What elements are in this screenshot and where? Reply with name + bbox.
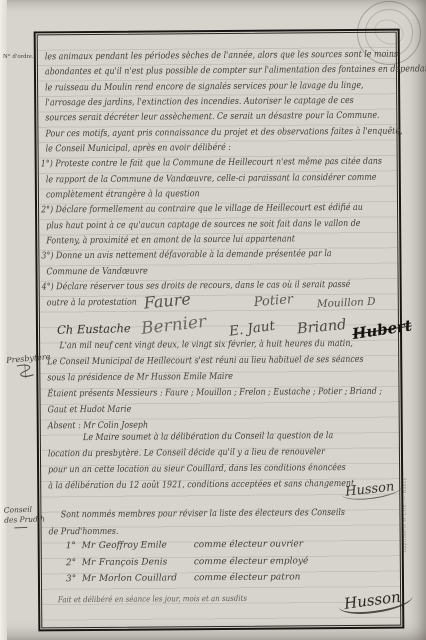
signature: Bernier — [140, 312, 207, 339]
scan-left-edge — [0, 0, 7, 640]
elector-row: 1°MrGeoffroy Emilecomme électeur ouvrier — [49, 539, 397, 557]
text-line: à la délibération du 12 août 1921, condi… — [48, 476, 354, 494]
session-opening-1922: L'an mil neuf cent vingt deux, le vingt … — [47, 336, 396, 435]
elector-title: Mr — [82, 541, 99, 551]
signature: Ch Eustache — [57, 321, 131, 337]
elector-role: comme électeur employé — [194, 556, 309, 567]
order-number-label: N° d'ordre. — [3, 53, 34, 60]
deliberation-presbytere-location: Le Maire soumet à la délibération du Con… — [48, 428, 396, 495]
elector-title: Mr — [82, 574, 99, 584]
printer-imprint: Imprimerie et Lith. — Nancy — [403, 452, 408, 552]
signature: Potier — [253, 292, 293, 310]
signature: Briand — [296, 317, 347, 338]
text-line: de Prud'hommes. — [49, 521, 355, 540]
elector-name: Geoffroy Emile — [99, 540, 194, 551]
signature: Faure — [143, 289, 192, 312]
register-page-scan: N° d'ordre. Presbytère Conseil des Prud.… — [0, 0, 426, 640]
elector-number: 3° — [66, 574, 82, 584]
elector-name: François Denis — [99, 557, 194, 568]
elector-number: 2° — [66, 558, 82, 568]
deliberation-captage-sources: les animaux pendant les périodes sèches … — [45, 48, 395, 312]
ruled-writing-area: les animaux pendant les périodes sèches … — [37, 32, 402, 629]
elector-number: 1° — [66, 541, 82, 551]
elector-title: Mr — [82, 557, 99, 567]
elector-row: 2°MrFrançois Deniscomme électeur employé — [49, 555, 397, 573]
closing-formula: Fait et délibéré en séance les jour, moi… — [49, 589, 355, 608]
elector-role: comme électeur patron — [194, 572, 301, 583]
signature: Mouillon D — [317, 296, 376, 311]
elector-row: 3°MrMorlon Couillardcomme électeur patro… — [49, 572, 397, 590]
elector-role: comme électeur ouvrier — [194, 539, 303, 550]
underline-stroke — [14, 527, 27, 528]
page-frame: les animaux pendant les périodes sèches … — [34, 29, 405, 632]
elector-name: Morlon Couillard — [99, 573, 194, 584]
